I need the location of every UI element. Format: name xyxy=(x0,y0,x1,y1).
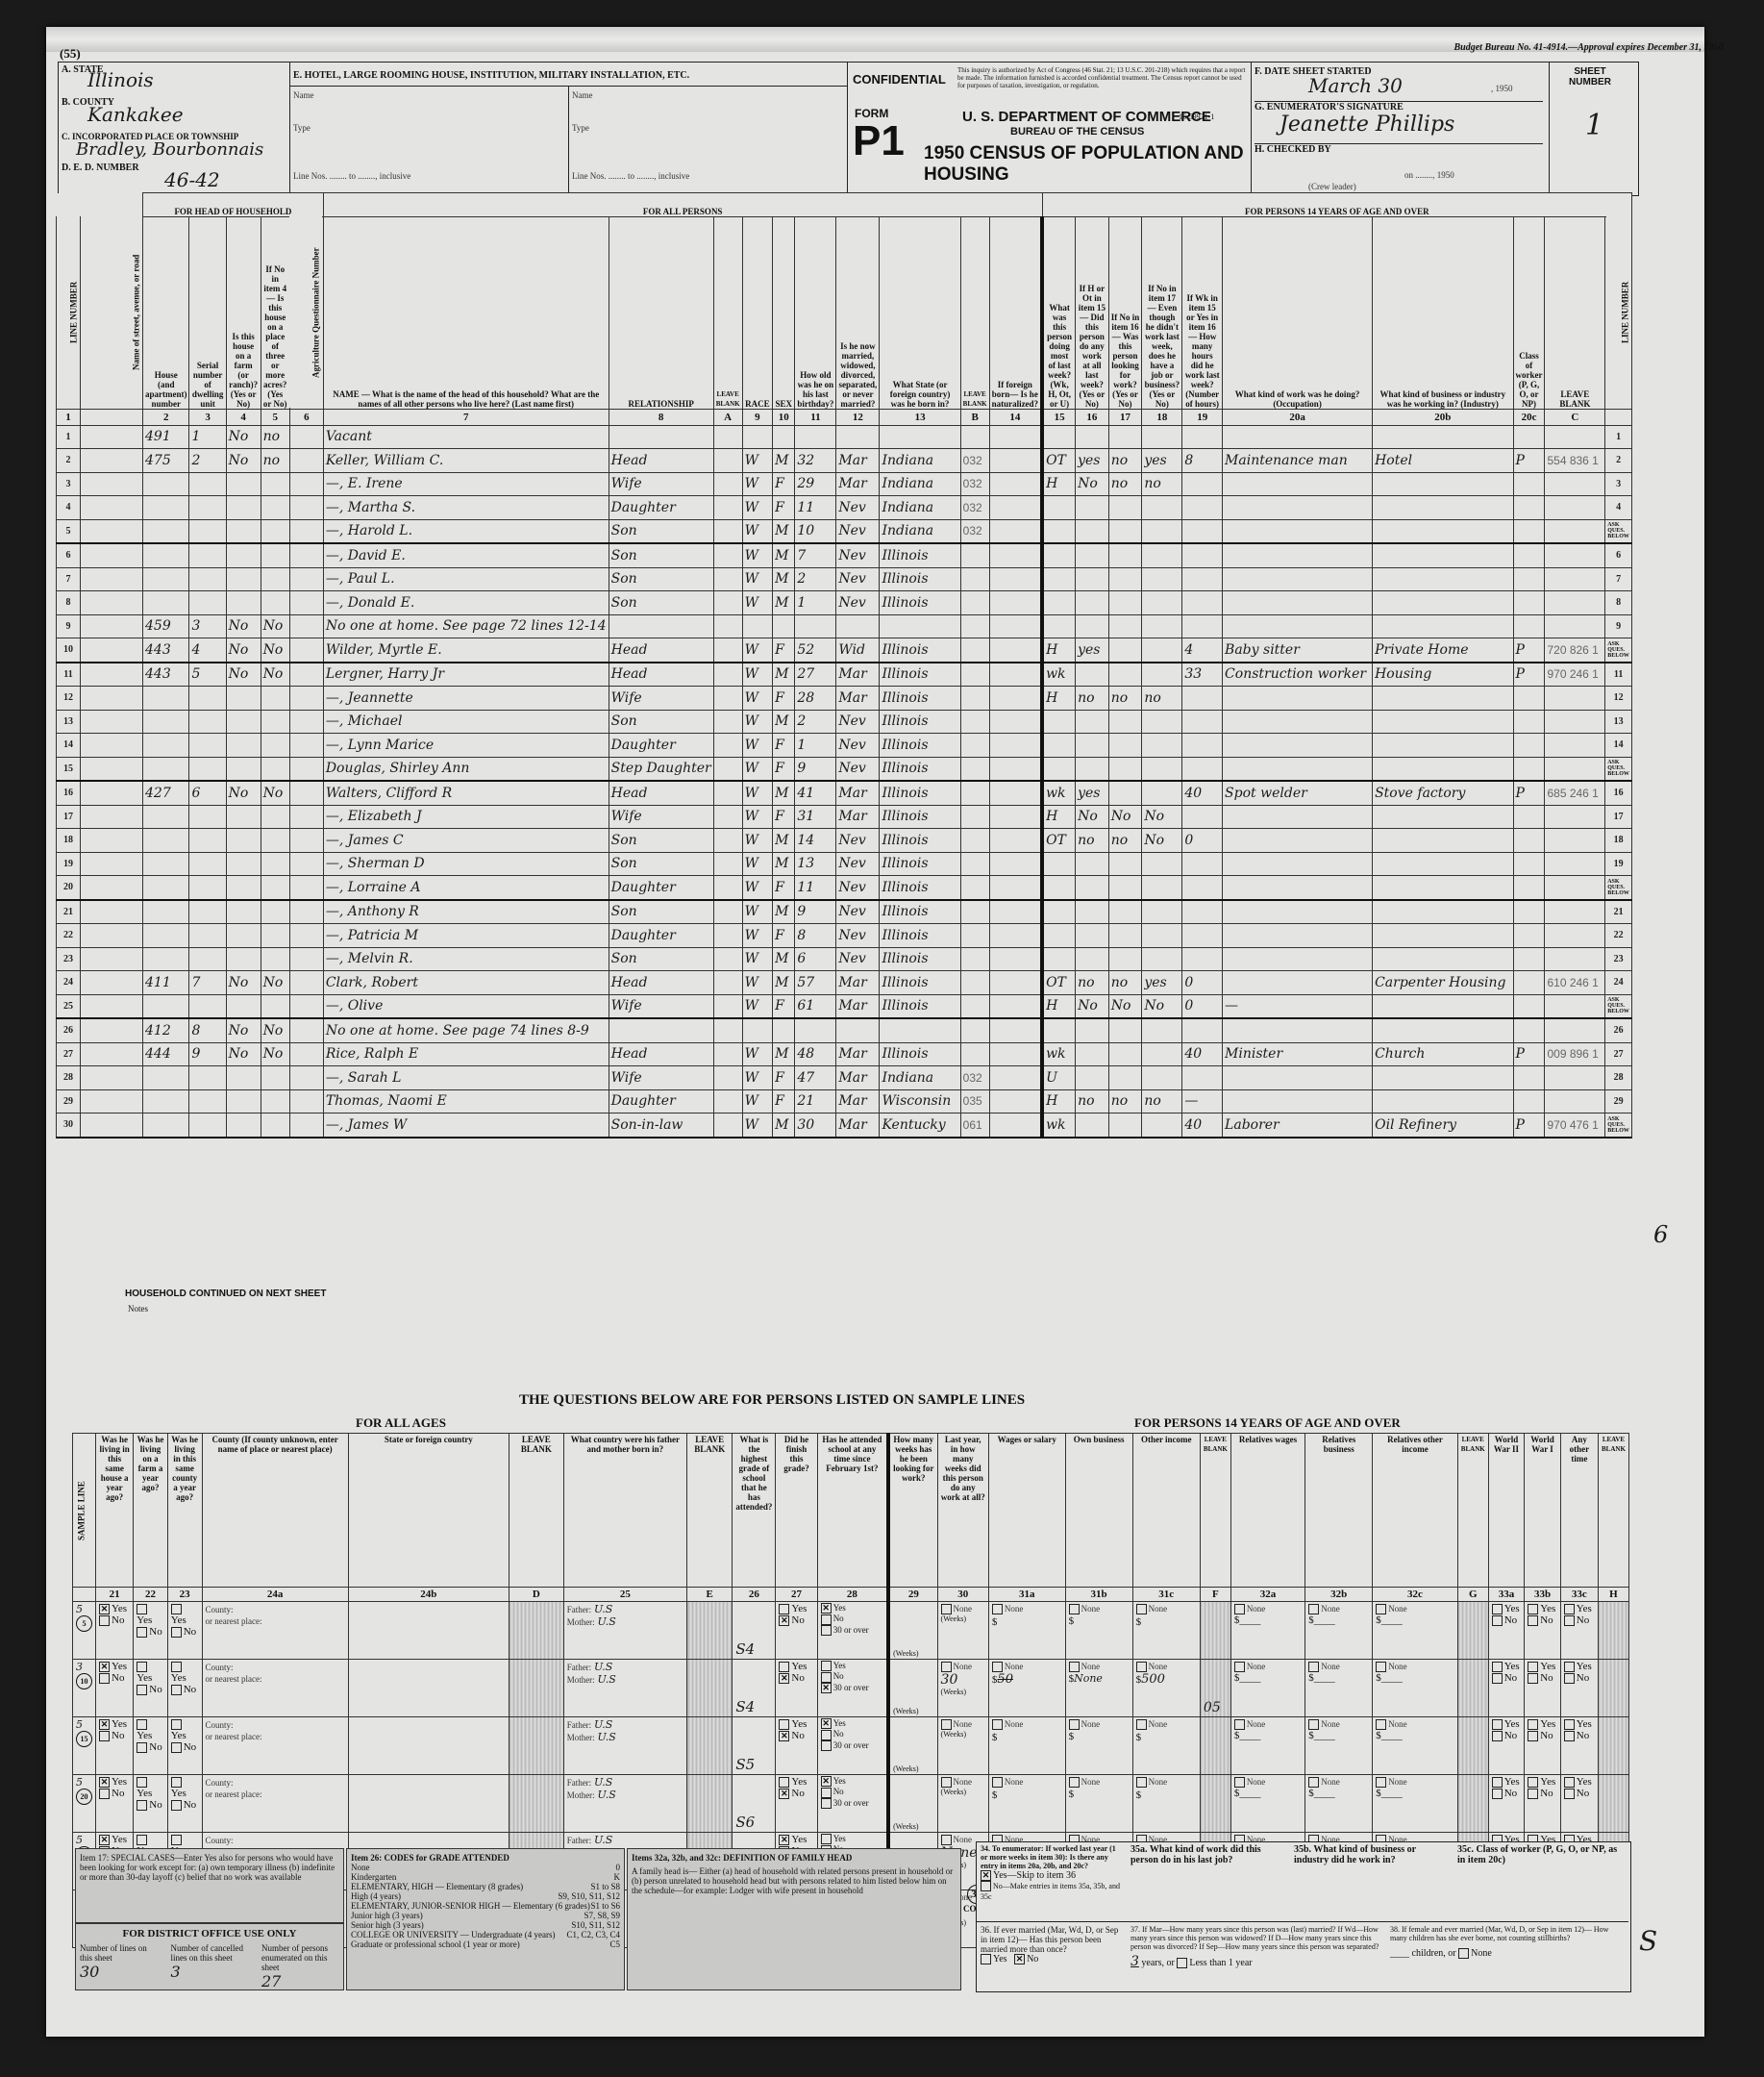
cls-cell: P xyxy=(1513,449,1545,473)
occ-cell xyxy=(1223,1018,1373,1042)
checkbox[interactable] xyxy=(1528,1777,1538,1788)
checkbox[interactable] xyxy=(171,1662,182,1672)
checkbox[interactable] xyxy=(137,1742,147,1753)
checkbox[interactable] xyxy=(1492,1615,1503,1626)
sex-cell: M xyxy=(773,710,795,734)
job-cell: no xyxy=(1142,687,1182,711)
checkbox[interactable] xyxy=(99,1789,110,1799)
sample-all-ages: FOR ALL AGES xyxy=(356,1415,446,1431)
col-num: 20a xyxy=(1223,409,1373,425)
text[interactable]: No xyxy=(99,1788,130,1799)
sample-col-num: 32a xyxy=(1230,1588,1304,1602)
born-cell: Indiana xyxy=(880,496,960,520)
rel-cell xyxy=(609,425,713,449)
checkbox[interactable]: ✕ xyxy=(99,1835,110,1845)
farm-cell xyxy=(226,734,261,758)
checkbox xyxy=(821,1740,832,1751)
look-cell: no xyxy=(1108,472,1142,496)
blank-cell xyxy=(289,1066,323,1090)
serial-cell xyxy=(189,924,226,948)
work-cell: yes xyxy=(1076,638,1109,663)
checkbox[interactable] xyxy=(1492,1731,1503,1741)
text[interactable]: No xyxy=(99,1614,130,1626)
table-row: 24752NonoKeller, William C.HeadWM32MarIn… xyxy=(57,449,1632,473)
blank-cell xyxy=(713,496,742,520)
checkbox[interactable] xyxy=(1528,1719,1538,1730)
cls-cell xyxy=(1513,519,1545,543)
line-number-right: 8 xyxy=(1605,591,1632,615)
code_b-cell: 032 xyxy=(960,1066,989,1090)
q21-checkbox[interactable]: ✕Yes xyxy=(99,1718,130,1730)
born-cell: Wisconsin xyxy=(880,1089,960,1114)
q22-checkbox[interactable]: Yes xyxy=(137,1718,163,1741)
code_c-cell: 970 476 1 xyxy=(1545,1114,1605,1138)
look-cell xyxy=(1108,1114,1142,1138)
sample-col-header: Relatives wages xyxy=(1230,1434,1304,1588)
age-cell: 48 xyxy=(795,1042,836,1066)
sample-col-num: 24b xyxy=(348,1588,509,1602)
serial-cell xyxy=(189,1114,226,1138)
q22-checkbox[interactable]: Yes xyxy=(137,1776,163,1799)
blank-cell xyxy=(989,519,1042,543)
checkbox[interactable] xyxy=(1492,1719,1503,1730)
q21-checkbox[interactable]: ✕Yes xyxy=(99,1661,130,1672)
q33a-checkbox[interactable]: Yes xyxy=(1492,1603,1522,1614)
hours-cell xyxy=(1182,757,1223,781)
sex-cell: M xyxy=(773,900,795,924)
sample-col-num: 30 xyxy=(937,1588,988,1602)
text: None xyxy=(1081,1604,1101,1614)
acres-cell xyxy=(261,1089,289,1114)
checkbox[interactable] xyxy=(1564,1789,1575,1799)
checkbox[interactable] xyxy=(171,1742,182,1753)
checkbox[interactable]: ✕ xyxy=(779,1731,789,1741)
text[interactable]: No xyxy=(1528,1730,1557,1741)
q33b: YesNo xyxy=(1525,1717,1561,1775)
checkbox[interactable] xyxy=(1492,1777,1503,1788)
text: None xyxy=(1081,1662,1101,1671)
ind-cell xyxy=(1373,757,1513,781)
occ-cell xyxy=(1223,734,1373,758)
blank-cell xyxy=(713,994,742,1018)
line-number: 17 xyxy=(57,805,81,829)
text[interactable]: No xyxy=(171,1741,199,1753)
name-cell: Vacant xyxy=(323,425,609,449)
checkbox xyxy=(821,1798,832,1809)
serial-cell: 9 xyxy=(189,1042,226,1066)
cls-cell: P xyxy=(1513,1114,1545,1138)
checkbox[interactable] xyxy=(99,1615,110,1626)
q35b: 35b. What kind of business or industry d… xyxy=(1294,1844,1448,1865)
ind-cell xyxy=(1373,994,1513,1018)
rel-cell: Son xyxy=(609,947,713,971)
act-cell: wk xyxy=(1042,1042,1076,1066)
line-number: 24 xyxy=(57,971,81,995)
text: None xyxy=(1074,1672,1103,1685)
checkbox[interactable] xyxy=(1564,1719,1575,1730)
q32a-cell: None$____ xyxy=(1230,1775,1304,1833)
checkbox[interactable] xyxy=(779,1777,789,1788)
sex-cell: M xyxy=(773,519,795,543)
checkbox[interactable] xyxy=(137,1777,147,1788)
acres-cell: No xyxy=(261,1042,289,1066)
checkbox[interactable] xyxy=(1564,1604,1575,1614)
blank-cell xyxy=(989,1042,1042,1066)
text[interactable]: No xyxy=(137,1741,163,1753)
hours-cell xyxy=(1182,1018,1223,1042)
sample-col-num: E xyxy=(687,1588,733,1602)
q21-checkbox[interactable]: ✕Yes xyxy=(99,1603,130,1614)
job-cell xyxy=(1142,638,1182,663)
sex-cell: F xyxy=(773,638,795,663)
code_c-cell xyxy=(1545,614,1605,638)
age-cell: 9 xyxy=(795,900,836,924)
code_b-cell xyxy=(960,591,989,615)
checkbox xyxy=(821,1661,832,1671)
sex-cell: F xyxy=(773,687,795,711)
q33b-checkbox[interactable]: Yes xyxy=(1528,1718,1557,1730)
checkbox[interactable] xyxy=(171,1627,182,1638)
text[interactable]: No xyxy=(1564,1614,1595,1626)
job-cell xyxy=(1142,947,1182,971)
serial-cell xyxy=(189,496,226,520)
farm-cell: No xyxy=(226,638,261,663)
sample-col-num: 32b xyxy=(1305,1588,1373,1602)
name-cell: —, Paul L. xyxy=(323,567,609,591)
q37-less-checkbox[interactable] xyxy=(1177,1958,1187,1968)
enumerator-signature: Jeanette Phillips xyxy=(1280,113,1454,137)
checkbox[interactable] xyxy=(171,1719,182,1730)
table-row: 29Thomas, Naomi EDaughterWF21MarWisconsi… xyxy=(57,1089,1632,1114)
occ-cell xyxy=(1223,543,1373,567)
sample-line-marker: 520 xyxy=(73,1775,96,1833)
col-header-14: If foreign born— Is he naturalized? xyxy=(989,216,1042,409)
mar-cell: Nev xyxy=(836,900,880,924)
acres-cell xyxy=(261,757,289,781)
checkbox[interactable] xyxy=(137,1662,147,1672)
name-label-1: Name xyxy=(293,90,314,100)
confidential-label: CONFIDENTIAL xyxy=(853,72,946,87)
blank-cell xyxy=(713,829,742,853)
grade-cell: S5 xyxy=(733,1717,776,1775)
text[interactable]: No xyxy=(171,1799,199,1811)
state-cell xyxy=(348,1602,509,1660)
q34-no[interactable]: No—Make entries in items 35a, 35b, and 3… xyxy=(981,1881,1125,1902)
text[interactable]: No xyxy=(1492,1730,1522,1741)
q33c-checkbox[interactable]: Yes xyxy=(1564,1776,1595,1788)
q27: Yes✕No xyxy=(776,1717,817,1775)
text[interactable]: No xyxy=(137,1684,163,1695)
text[interactable]: ✕No xyxy=(779,1614,813,1626)
blank-cell xyxy=(713,781,742,805)
checkbox[interactable] xyxy=(1528,1673,1538,1684)
q34-yes[interactable]: ✕Yes—Skip to item 36 xyxy=(981,1870,1125,1881)
state-cell xyxy=(348,1660,509,1717)
blank-cell xyxy=(713,947,742,971)
checkbox: ✕ xyxy=(821,1603,832,1614)
checkbox xyxy=(1069,1777,1080,1788)
occ-cell xyxy=(1223,852,1373,876)
q33c-checkbox[interactable]: Yes xyxy=(1564,1661,1595,1672)
q23: YesNo xyxy=(167,1660,202,1717)
text: County: xyxy=(206,1836,234,1845)
checkbox[interactable] xyxy=(137,1685,147,1695)
code_c-cell xyxy=(1545,947,1605,971)
checkbox[interactable] xyxy=(1528,1731,1538,1741)
checkbox[interactable] xyxy=(1528,1789,1538,1799)
checkbox[interactable] xyxy=(171,1800,182,1811)
street-cell xyxy=(81,519,143,543)
code_b-cell xyxy=(960,567,989,591)
text[interactable]: No xyxy=(1492,1672,1522,1684)
sex-cell: F xyxy=(773,994,795,1018)
checkbox[interactable] xyxy=(1564,1673,1575,1684)
text: None xyxy=(1321,1604,1340,1614)
col-header-5: If No in item 4— Is this house on a plac… xyxy=(261,216,289,409)
checkbox[interactable] xyxy=(779,1719,789,1730)
checkbox[interactable]: ✕ xyxy=(779,1673,789,1684)
rel-cell: Wife xyxy=(609,1066,713,1090)
code_b-cell xyxy=(960,638,989,663)
q36-no-checkbox[interactable]: ✕ xyxy=(1014,1954,1025,1964)
checkbox[interactable] xyxy=(1564,1615,1575,1626)
look-cell: no xyxy=(1108,449,1142,473)
born-cell: Illinois xyxy=(880,900,960,924)
code_b-cell xyxy=(960,710,989,734)
col-header-line-right: LINE NUMBER xyxy=(1605,216,1632,409)
budget-note: Budget Bureau No. 41-4914.—Approval expi… xyxy=(1454,42,1727,53)
age-cell: 29 xyxy=(795,472,836,496)
q23-checkbox[interactable]: Yes xyxy=(171,1603,199,1626)
text[interactable]: ✕No xyxy=(779,1672,813,1684)
checkbox[interactable]: ✕ xyxy=(779,1835,789,1845)
ind-cell xyxy=(1373,1089,1513,1114)
act-cell: OT xyxy=(1042,449,1076,473)
checkbox[interactable]: ✕ xyxy=(99,1719,110,1730)
sample-col-num: 21 xyxy=(96,1588,134,1602)
sample-col-header: Did he finish this grade? xyxy=(776,1434,817,1588)
q27-checkbox[interactable]: Yes xyxy=(779,1661,813,1672)
house-cell xyxy=(143,591,189,615)
checkbox[interactable] xyxy=(171,1835,182,1845)
q33b-checkbox[interactable]: Yes xyxy=(1528,1776,1557,1788)
acres-cell xyxy=(261,472,289,496)
q33c-checkbox[interactable]: Yes xyxy=(1564,1603,1595,1614)
farm-cell: No xyxy=(226,614,261,638)
rel-cell: Wife xyxy=(609,805,713,829)
code_b-cell xyxy=(960,829,989,853)
q33c-checkbox[interactable]: Yes xyxy=(1564,1718,1595,1730)
text[interactable]: No xyxy=(137,1799,163,1811)
q38-none-checkbox[interactable] xyxy=(1458,1948,1469,1959)
q21-checkbox[interactable]: ✕Yes xyxy=(99,1834,130,1845)
q27-checkbox[interactable]: Yes xyxy=(779,1718,813,1730)
text[interactable]: ✕No xyxy=(779,1730,813,1741)
text[interactable]: No xyxy=(137,1626,163,1638)
hours-cell xyxy=(1182,425,1223,449)
q31b-cell: None$ xyxy=(1065,1602,1132,1660)
q22-checkbox[interactable]: Yes xyxy=(137,1603,163,1626)
checkbox[interactable] xyxy=(1564,1777,1575,1788)
form-id: P1 xyxy=(853,120,905,163)
checkbox xyxy=(1069,1604,1080,1614)
text[interactable]: No xyxy=(1564,1730,1595,1741)
blank-cell xyxy=(289,663,323,687)
mar-cell xyxy=(836,425,880,449)
q33b: YesNo xyxy=(1525,1602,1561,1660)
checkbox[interactable] xyxy=(99,1673,110,1684)
q34-no-checkbox[interactable] xyxy=(981,1881,991,1891)
act-cell xyxy=(1042,1018,1076,1042)
code_b-cell xyxy=(960,876,989,900)
text[interactable]: No xyxy=(1492,1614,1522,1626)
col-num xyxy=(73,1588,96,1602)
farm-cell xyxy=(226,900,261,924)
q23-checkbox[interactable]: Yes xyxy=(171,1661,199,1684)
text[interactable]: No xyxy=(1564,1672,1595,1684)
checkbox[interactable] xyxy=(171,1604,182,1614)
q27-checkbox[interactable]: ✕Yes xyxy=(779,1834,813,1845)
job-cell xyxy=(1142,757,1182,781)
state-value: Illinois xyxy=(87,68,154,91)
text[interactable]: No xyxy=(1528,1614,1557,1626)
checkbox[interactable] xyxy=(137,1604,147,1614)
checkbox[interactable] xyxy=(137,1627,147,1638)
work-cell xyxy=(1076,947,1109,971)
checkbox[interactable] xyxy=(1528,1662,1538,1672)
act-cell xyxy=(1042,425,1076,449)
text[interactable]: No xyxy=(171,1684,199,1695)
q21-checkbox[interactable]: ✕Yes xyxy=(99,1776,130,1788)
q33b-checkbox[interactable]: Yes xyxy=(1528,1661,1557,1672)
text: None xyxy=(954,1719,973,1729)
text[interactable]: No xyxy=(1564,1788,1595,1799)
acres-cell xyxy=(261,947,289,971)
code_b-cell: 032 xyxy=(960,472,989,496)
text: or nearest place: xyxy=(206,1674,262,1684)
persons-value: 27 xyxy=(261,1972,339,1990)
text[interactable]: No xyxy=(1492,1788,1522,1799)
checkbox[interactable]: ✕ xyxy=(99,1604,110,1614)
street-cell xyxy=(81,971,143,995)
county-cell: County: or nearest place: xyxy=(202,1775,348,1833)
checkbox[interactable] xyxy=(1492,1789,1503,1799)
checkbox[interactable] xyxy=(1564,1662,1575,1672)
grade-code: C5 xyxy=(609,1939,620,1949)
q27-checkbox[interactable]: Yes xyxy=(779,1776,813,1788)
q34-yes-checkbox[interactable]: ✕ xyxy=(981,1870,991,1881)
mar-cell: Nev xyxy=(836,924,880,948)
name-cell: —, James C xyxy=(323,829,609,853)
ind-cell xyxy=(1373,734,1513,758)
checkbox[interactable] xyxy=(1492,1673,1503,1684)
blank-cell xyxy=(713,614,742,638)
checkbox[interactable] xyxy=(779,1604,789,1614)
blank-cell xyxy=(989,1089,1042,1114)
checkbox[interactable]: ✕ xyxy=(779,1615,789,1626)
serial-cell: 7 xyxy=(189,971,226,995)
text[interactable]: No xyxy=(1528,1672,1557,1684)
work-cell xyxy=(1076,1018,1109,1042)
q22-checkbox[interactable]: Yes xyxy=(137,1661,163,1684)
checkbox[interactable] xyxy=(137,1835,147,1845)
q23-checkbox[interactable]: Yes xyxy=(171,1718,199,1741)
checkbox[interactable]: ✕ xyxy=(99,1777,110,1788)
checkbox[interactable] xyxy=(99,1731,110,1741)
street-cell xyxy=(81,1018,143,1042)
ind-cell xyxy=(1373,876,1513,900)
sample-row: 515✕YesNoYesNoYesNoCounty: or nearest pl… xyxy=(73,1717,1629,1775)
q33a-checkbox[interactable]: Yes xyxy=(1492,1661,1522,1672)
born-cell: Illinois xyxy=(880,994,960,1018)
col-num: 15 xyxy=(1042,409,1076,425)
mar-cell: Nev xyxy=(836,852,880,876)
checkbox[interactable] xyxy=(137,1800,147,1811)
checkbox xyxy=(821,1788,832,1798)
checkbox[interactable] xyxy=(1564,1731,1575,1741)
line-number: 11 xyxy=(57,663,81,687)
census-title: 1950 CENSUS OF POPULATION AND HOUSING xyxy=(924,143,1251,186)
checkbox[interactable] xyxy=(171,1777,182,1788)
checkbox[interactable] xyxy=(171,1685,182,1695)
checkbox[interactable]: ✕ xyxy=(779,1789,789,1799)
text[interactable]: No xyxy=(1528,1788,1557,1799)
checkbox[interactable] xyxy=(1528,1615,1538,1626)
ind-cell xyxy=(1373,1018,1513,1042)
ind-cell: Carpenter Housing xyxy=(1373,971,1513,995)
text[interactable]: ✕No xyxy=(779,1788,813,1799)
mar-cell: Nev xyxy=(836,519,880,543)
q29-cell: (Weeks) xyxy=(888,1717,937,1775)
sex-cell: M xyxy=(773,852,795,876)
q36-yes-checkbox[interactable] xyxy=(981,1954,991,1964)
checkbox[interactable] xyxy=(1492,1662,1503,1672)
text[interactable]: No xyxy=(99,1672,130,1684)
col-header-street: Name of street, avenue, or road xyxy=(81,216,143,409)
grade-code: 0 xyxy=(616,1863,621,1872)
blank-cell xyxy=(289,638,323,663)
q27-checkbox[interactable]: Yes xyxy=(779,1603,813,1614)
serial-cell xyxy=(189,591,226,615)
checkbox[interactable] xyxy=(779,1662,789,1672)
act-cell xyxy=(1042,519,1076,543)
work-cell xyxy=(1076,496,1109,520)
text[interactable]: No xyxy=(99,1730,130,1741)
q33b: YesNo xyxy=(1525,1775,1561,1833)
q23-checkbox[interactable]: Yes xyxy=(171,1776,199,1799)
table-row: 14—, Lynn MariceDaughterWF1NevIllinois14 xyxy=(57,734,1632,758)
blank-cell xyxy=(289,924,323,948)
q33a-checkbox[interactable]: Yes xyxy=(1492,1776,1522,1788)
code_b-cell: 061 xyxy=(960,1114,989,1138)
name-cell: —, Sherman D xyxy=(323,852,609,876)
blank-cell xyxy=(713,1018,742,1042)
text: or nearest place: xyxy=(206,1732,262,1741)
cls-cell xyxy=(1513,687,1545,711)
code_b-cell xyxy=(960,543,989,567)
checkbox[interactable] xyxy=(1528,1604,1538,1614)
name-cell: —, Sarah L xyxy=(323,1066,609,1090)
q29-cell: (Weeks) xyxy=(888,1660,937,1717)
line-number: 22 xyxy=(57,924,81,948)
checkbox[interactable] xyxy=(1492,1604,1503,1614)
checkbox[interactable] xyxy=(137,1719,147,1730)
line-number-right: 27 xyxy=(1605,1042,1632,1066)
checkbox[interactable]: ✕ xyxy=(99,1662,110,1672)
text[interactable]: No xyxy=(171,1626,199,1638)
q33a-checkbox[interactable]: Yes xyxy=(1492,1718,1522,1730)
q33b-checkbox[interactable]: Yes xyxy=(1528,1603,1557,1614)
